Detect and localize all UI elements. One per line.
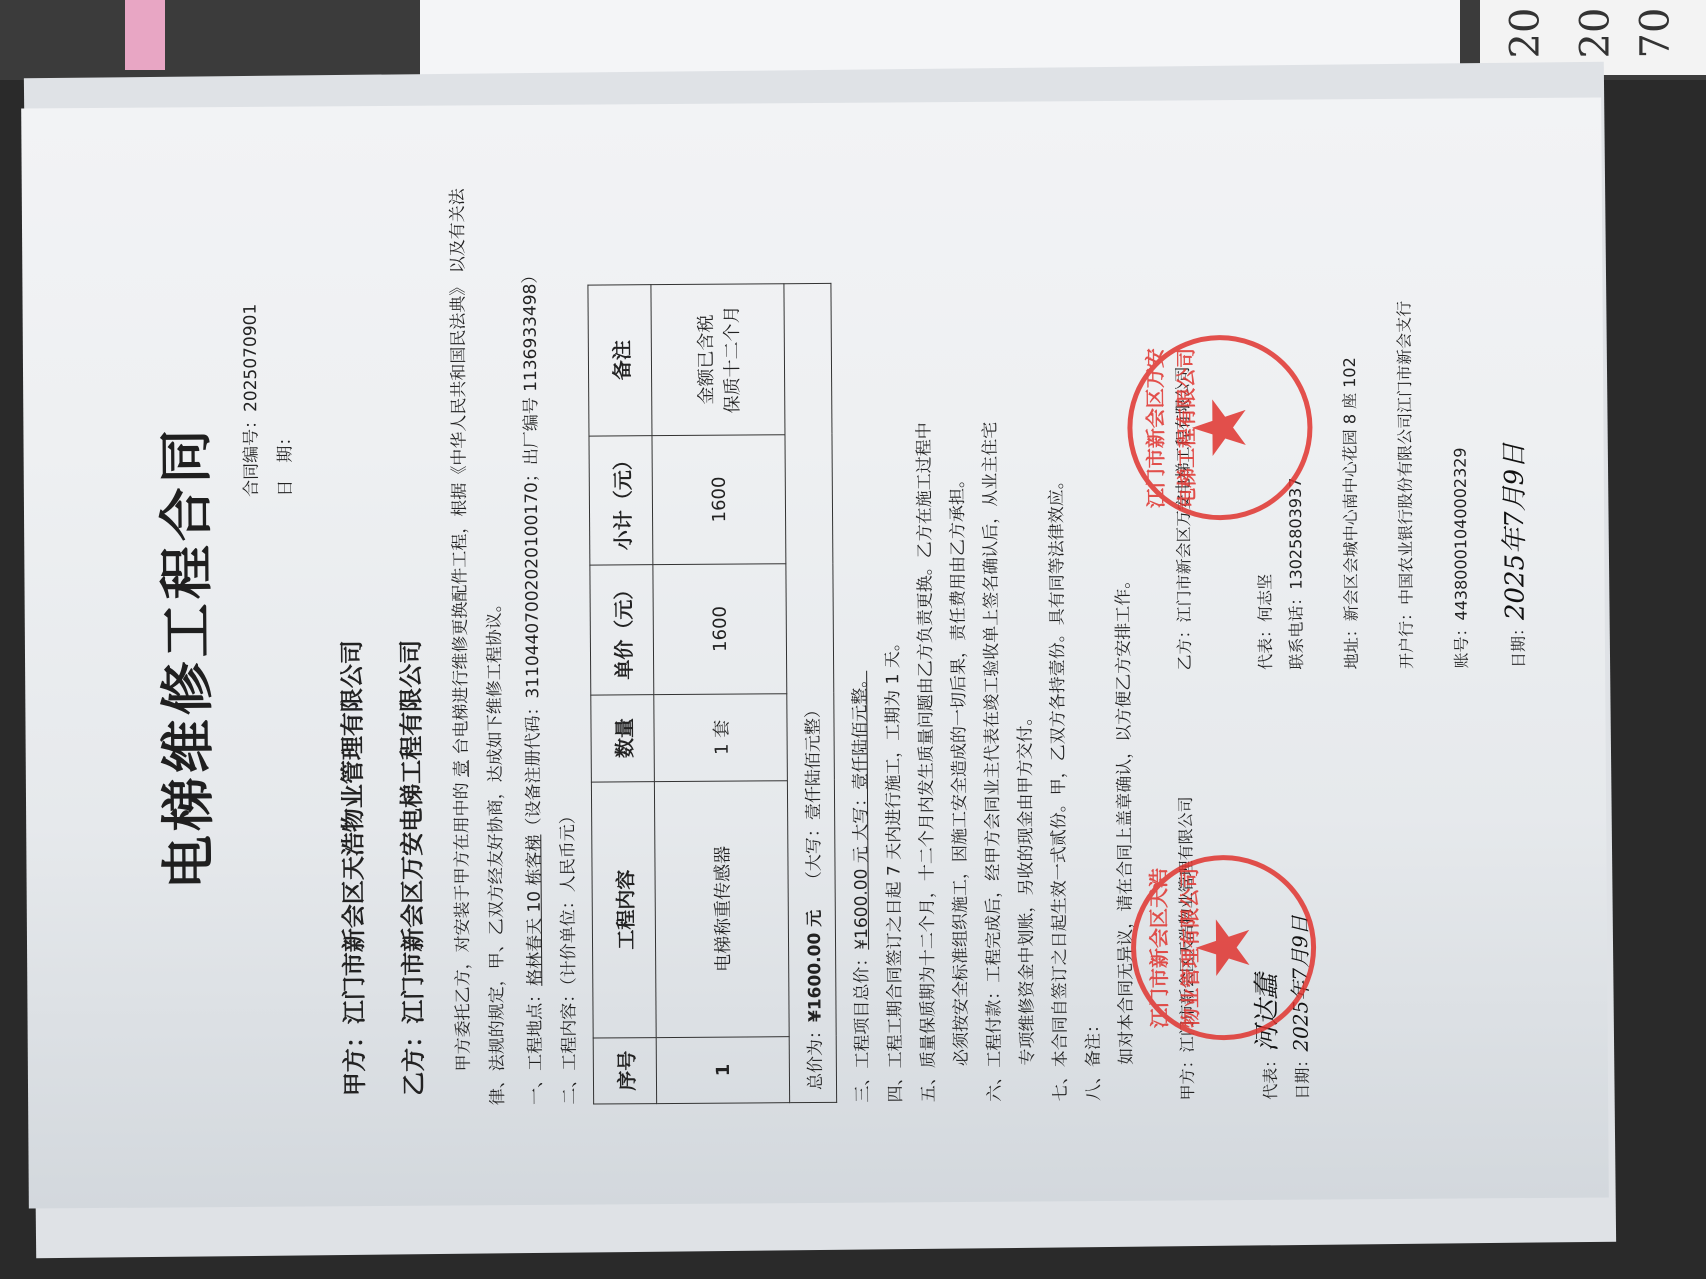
star-icon: ★ [1183,394,1257,461]
signature-block: 甲方：江门市新会区天浩物业管理有限公司 代表：河达蠢 日期：2025年7月9日 … [1166,167,1692,1101]
table-row: 1 电梯称重传感器 1 套 1600 1600 金额已含税保质十二个月 [651,284,790,1104]
contract-clauses: 三、工程项目总价：¥1600.00 元 大写：壹仟陆佰元整。 四、工程工期合同签… [841,171,1144,1103]
clause-location: 一、工程地点：格林春天 10 栋客梯（设备注册代码：31104407002020… [513,175,553,1105]
date-field: 日 期： [267,177,303,497]
party-a: 甲方：江门市新会区天浩物业管理有限公司 [329,176,370,1096]
party-a-stamp: 江门市新会区天浩物业管理有限公司 ★ [1130,855,1316,1041]
party-b: 乙方：江门市新会区万安电梯工程有限公司 [388,176,429,1096]
contract-meta: 合同编号：2025070901 日 期： [233,177,303,497]
party-b-stamp: 江门市新会区万安电梯工程有限公司 ★ [1127,335,1313,521]
contract-number: 2025070901 [241,304,262,412]
pink-object [125,0,165,70]
party-b-signature: 乙方：江门市新会区万安电梯工程有限公司 代表：何志坚 联系电话：13025803… [1167,300,1535,671]
items-table: 序号 工程内容 数量 单价（元） 小计（元） 备注 1 电梯称重传感器 1 套 … [587,283,837,1105]
contract-title: 电梯维修工程合同 [142,177,226,1138]
intro-paragraph: 甲方委托乙方，对安装于甲方在用中的 壹 台电梯进行维修更换配件工程，根据《中华人… [441,175,515,1105]
clause-content: 二、工程内容：（计价单位：人民币元） [547,175,587,1105]
contract-sheet: 电梯维修工程合同 合同编号：2025070901 日 期： 甲方：江门市新会区天… [21,97,1609,1208]
table-total-row: 总价为：¥1600.00 元 （大写：壹仟陆佰元整） [784,283,837,1102]
contract-photo: 电梯维修工程合同 合同编号：2025070901 日 期： 甲方：江门市新会区天… [11,62,1619,1243]
elevator-quantity: 壹 [452,760,472,777]
project-location: 格林春天 10 栋客梯 [524,834,545,986]
table-header-row: 序号 工程内容 数量 单价（元） 小计（元） 备注 [588,285,657,1104]
party-a-signature: 甲方：江门市新会区天浩物业管理有限公司 代表：河达蠢 日期：2025年7月9日 … [1170,795,1318,1100]
star-icon: ★ [1186,914,1260,981]
